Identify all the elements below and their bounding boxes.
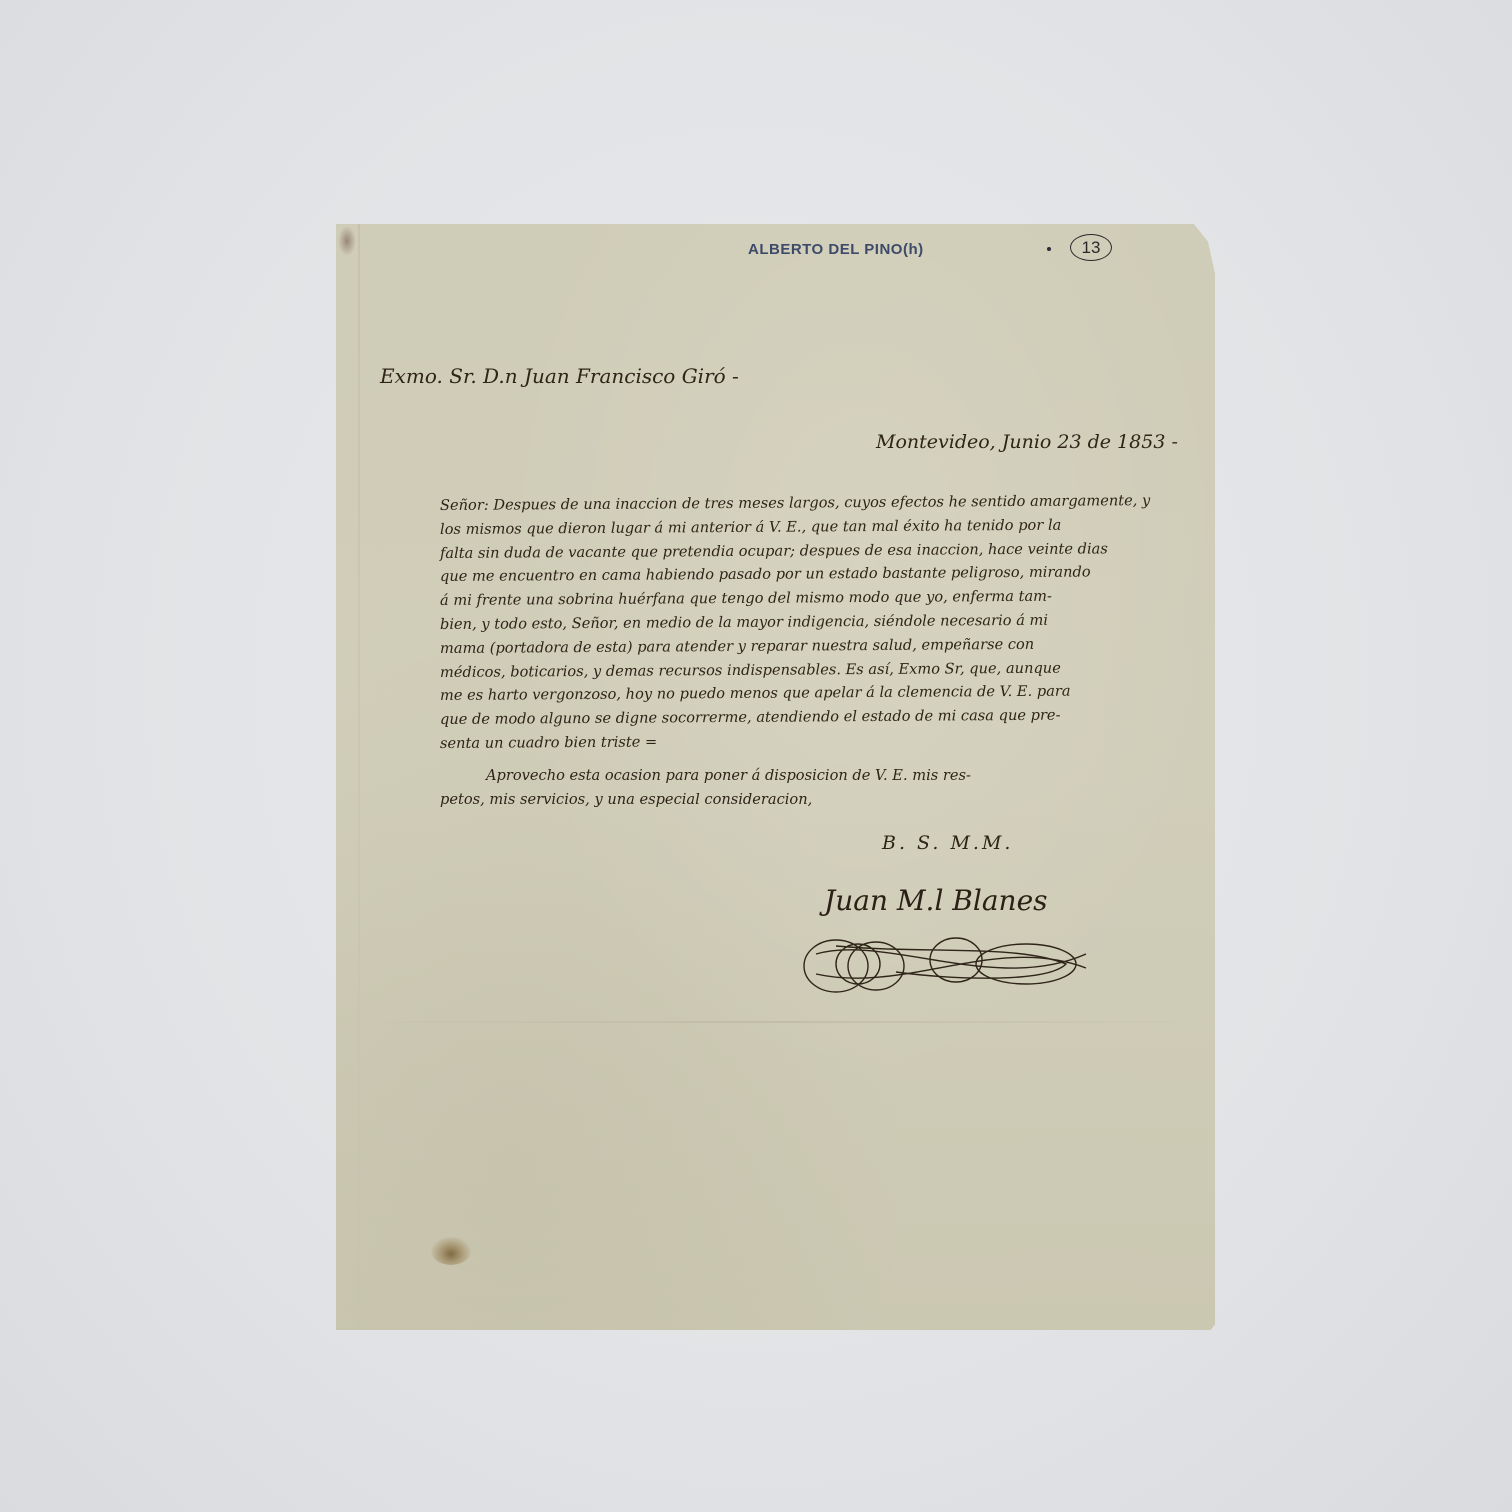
signature: Juan M.l Blanes <box>824 884 1048 917</box>
letter-paper: ALBERTO DEL PINO(h) 13 Exmo. Sr. D.n Jua… <box>336 224 1215 1330</box>
ink-dot <box>1047 247 1051 251</box>
folio-number: 13 <box>1070 234 1112 261</box>
valediction: B. S. M.M. <box>882 832 1013 854</box>
closing-line: Aprovecho esta ocasion para poner á disp… <box>440 764 971 788</box>
body-line: senta un cuadro bien triste = <box>440 727 1150 756</box>
addressee: Exmo. Sr. D.n Juan Francisco Giró - <box>380 364 739 388</box>
foxing-stain <box>431 1237 471 1265</box>
signature-flourish-icon <box>796 924 1096 1004</box>
corner-stain <box>338 226 356 256</box>
letter-body: Señor: Despues de una inaccion de tres m… <box>440 494 1150 756</box>
dateline: Montevideo, Junio 23 de 1853 - <box>876 431 1178 453</box>
paper-fold-vertical <box>358 224 360 1330</box>
closing-paragraph: Aprovecho esta ocasion para poner á disp… <box>440 764 971 812</box>
paper-fold-horizontal <box>336 1021 1215 1023</box>
closing-line: petos, mis servicios, y una especial con… <box>440 788 971 812</box>
archive-stamp: ALBERTO DEL PINO(h) <box>748 241 924 258</box>
